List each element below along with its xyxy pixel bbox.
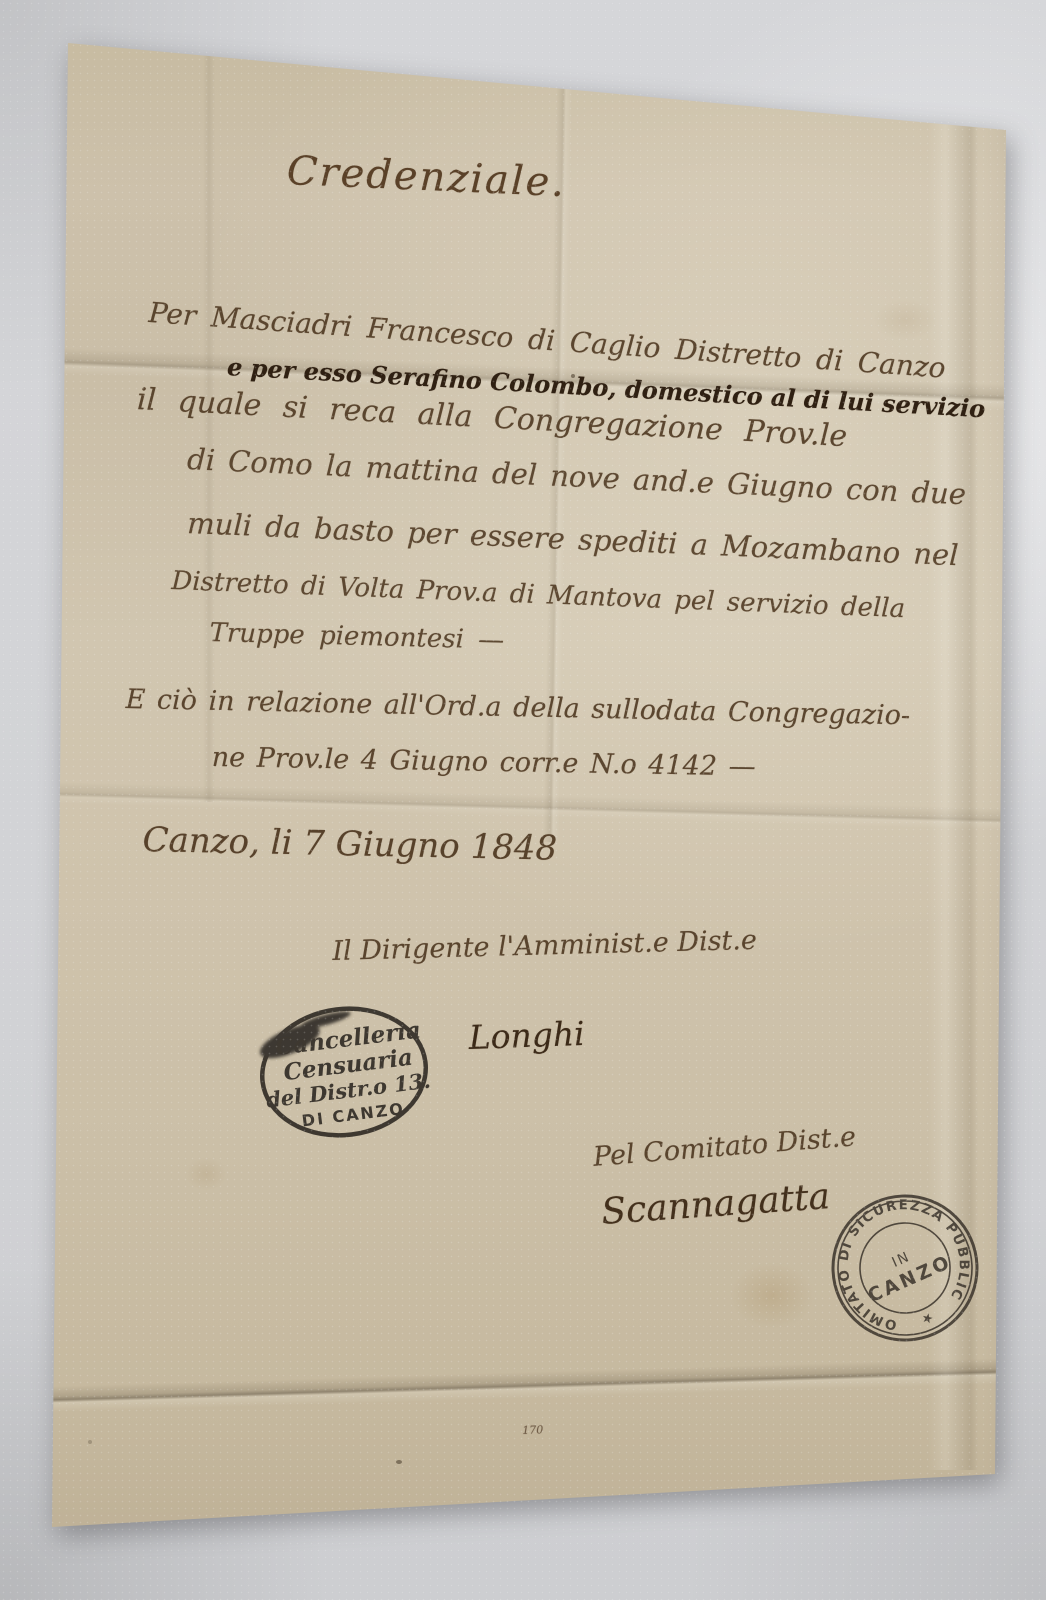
body-line: muli da basto per essere spediti a Mozam… bbox=[187, 506, 960, 572]
signature-committee: Scannagatta bbox=[600, 1176, 831, 1233]
paper-stain bbox=[712, 1248, 832, 1343]
dateline: Canzo, li 7 Giugno 1848 bbox=[142, 820, 557, 869]
oval-stamp: Cancelleria Censuaria del Distr.o 13. DI… bbox=[252, 995, 452, 1153]
body-line: di Como la mattina del nove and.e Giugno… bbox=[186, 442, 966, 511]
round-stamp: COMITATO DI SICUREZZA PUBBLICA ★ IN CANZ… bbox=[820, 1186, 995, 1361]
signature-official: Longhi bbox=[468, 1014, 585, 1057]
star-icon: ★ bbox=[919, 1309, 936, 1327]
body-line: Distretto di Volta Prov.a di Mantova pel… bbox=[171, 566, 906, 624]
official-title-line: Il Dirigente l'Amminist.e Dist.e bbox=[332, 925, 757, 967]
body-line: ne Prov.le 4 Giugno corr.e N.o 4142 — bbox=[211, 742, 755, 782]
paper-shadow: Credenziale. Per Masciadri Francesco di … bbox=[0, 0, 1046, 1600]
body-line: Truppe piemontesi — bbox=[209, 618, 504, 656]
paper-stain bbox=[860, 290, 950, 350]
document-paper: Credenziale. Per Masciadri Francesco di … bbox=[0, 0, 1046, 1600]
paper-stain bbox=[176, 1150, 236, 1198]
photo-backdrop: Credenziale. Per Masciadri Francesco di … bbox=[0, 0, 1046, 1600]
ink-speck bbox=[88, 1440, 92, 1444]
document-title: Credenziale. bbox=[286, 148, 567, 206]
body-line: E ciò in relazione all'Ord.a della sullo… bbox=[125, 684, 910, 731]
faint-pencil-mark: 170 bbox=[522, 1423, 543, 1437]
committee-line: Pel Comitato Dist.e bbox=[592, 1121, 857, 1173]
ink-speck bbox=[396, 1460, 402, 1464]
fold-crease-bottom bbox=[50, 1358, 1010, 1412]
